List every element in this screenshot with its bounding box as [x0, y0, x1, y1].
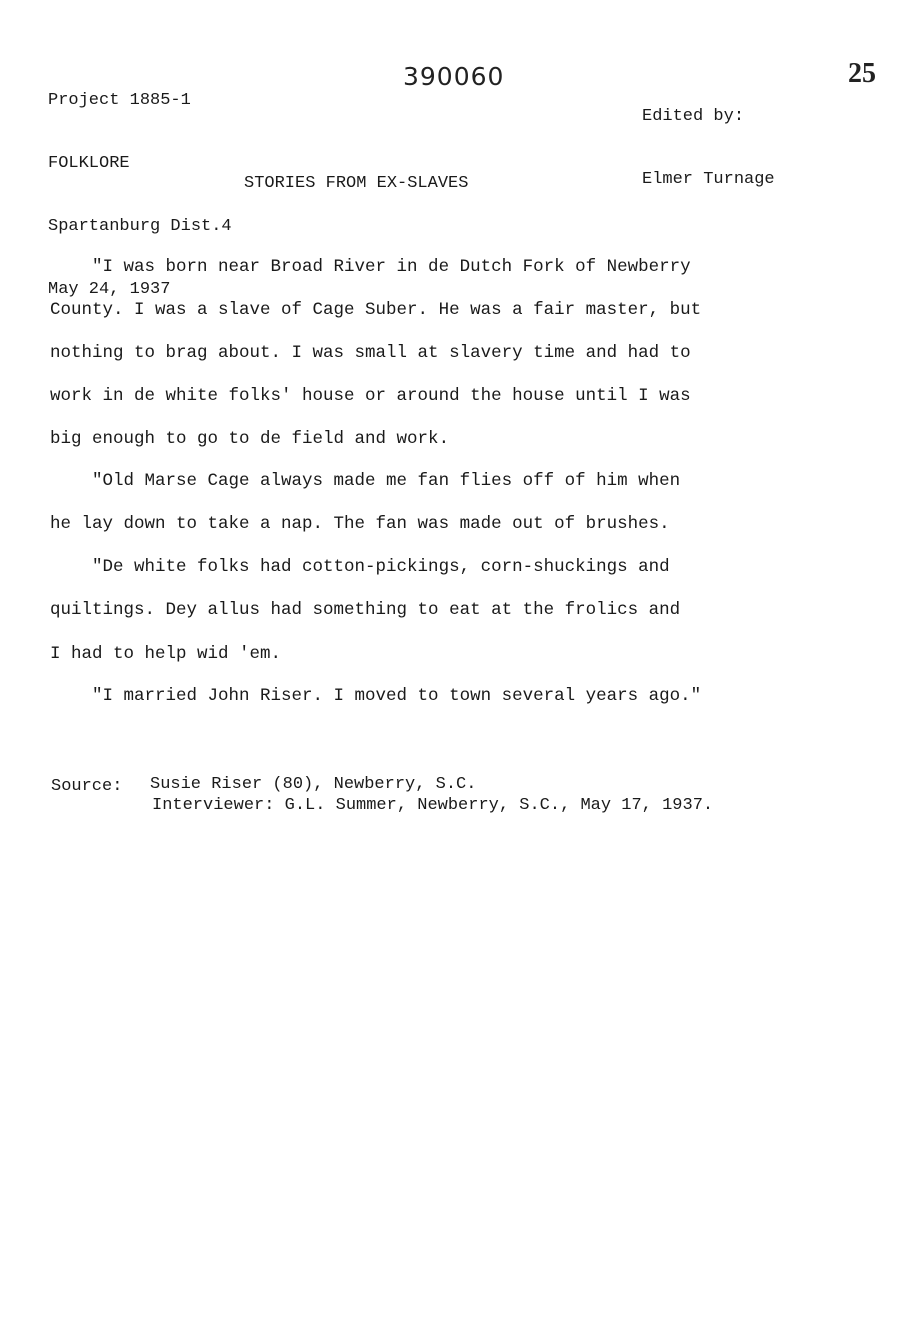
body-line: County. I was a slave of Cage Suber. He …: [50, 300, 701, 320]
district-line: Spartanburg Dist.4: [48, 216, 232, 237]
body-line: quiltings. Dey allus had something to ea…: [50, 600, 680, 620]
source-label: Source:: [51, 776, 122, 797]
edited-by-label: Edited by:: [642, 106, 775, 127]
body-line: he lay down to take a nap. The fan was m…: [50, 514, 670, 534]
body-line: work in de white folks' house or around …: [50, 386, 691, 406]
body-line: big enough to go to de field and work.: [50, 429, 449, 449]
source-informant: Susie Riser (80), Newberry, S.C.: [150, 774, 476, 795]
document-id: 390060: [403, 62, 504, 91]
editor-info: Edited by: Elmer Turnage: [642, 64, 775, 211]
project-info: Project 1885-1 FOLKLORE Spartanburg Dist…: [48, 48, 232, 321]
date-line: May 24, 1937: [48, 279, 232, 300]
body-line: "De white folks had cotton-pickings, cor…: [50, 557, 670, 577]
body-line: "I was born near Broad River in de Dutch…: [50, 257, 691, 277]
source-interviewer: Interviewer: G.L. Summer, Newberry, S.C.…: [152, 795, 713, 816]
category-line: FOLKLORE: [48, 153, 232, 174]
document-title: STORIES FROM EX-SLAVES: [244, 174, 468, 193]
project-line: Project 1885-1: [48, 90, 232, 111]
body-line: "Old Marse Cage always made me fan flies…: [50, 471, 680, 491]
body-line: I had to help wid 'em.: [50, 644, 281, 664]
body-line: "I married John Riser. I moved to town s…: [50, 686, 701, 706]
page-number: 25: [848, 58, 876, 90]
editor-name: Elmer Turnage: [642, 169, 775, 190]
body-line: nothing to brag about. I was small at sl…: [50, 343, 691, 363]
